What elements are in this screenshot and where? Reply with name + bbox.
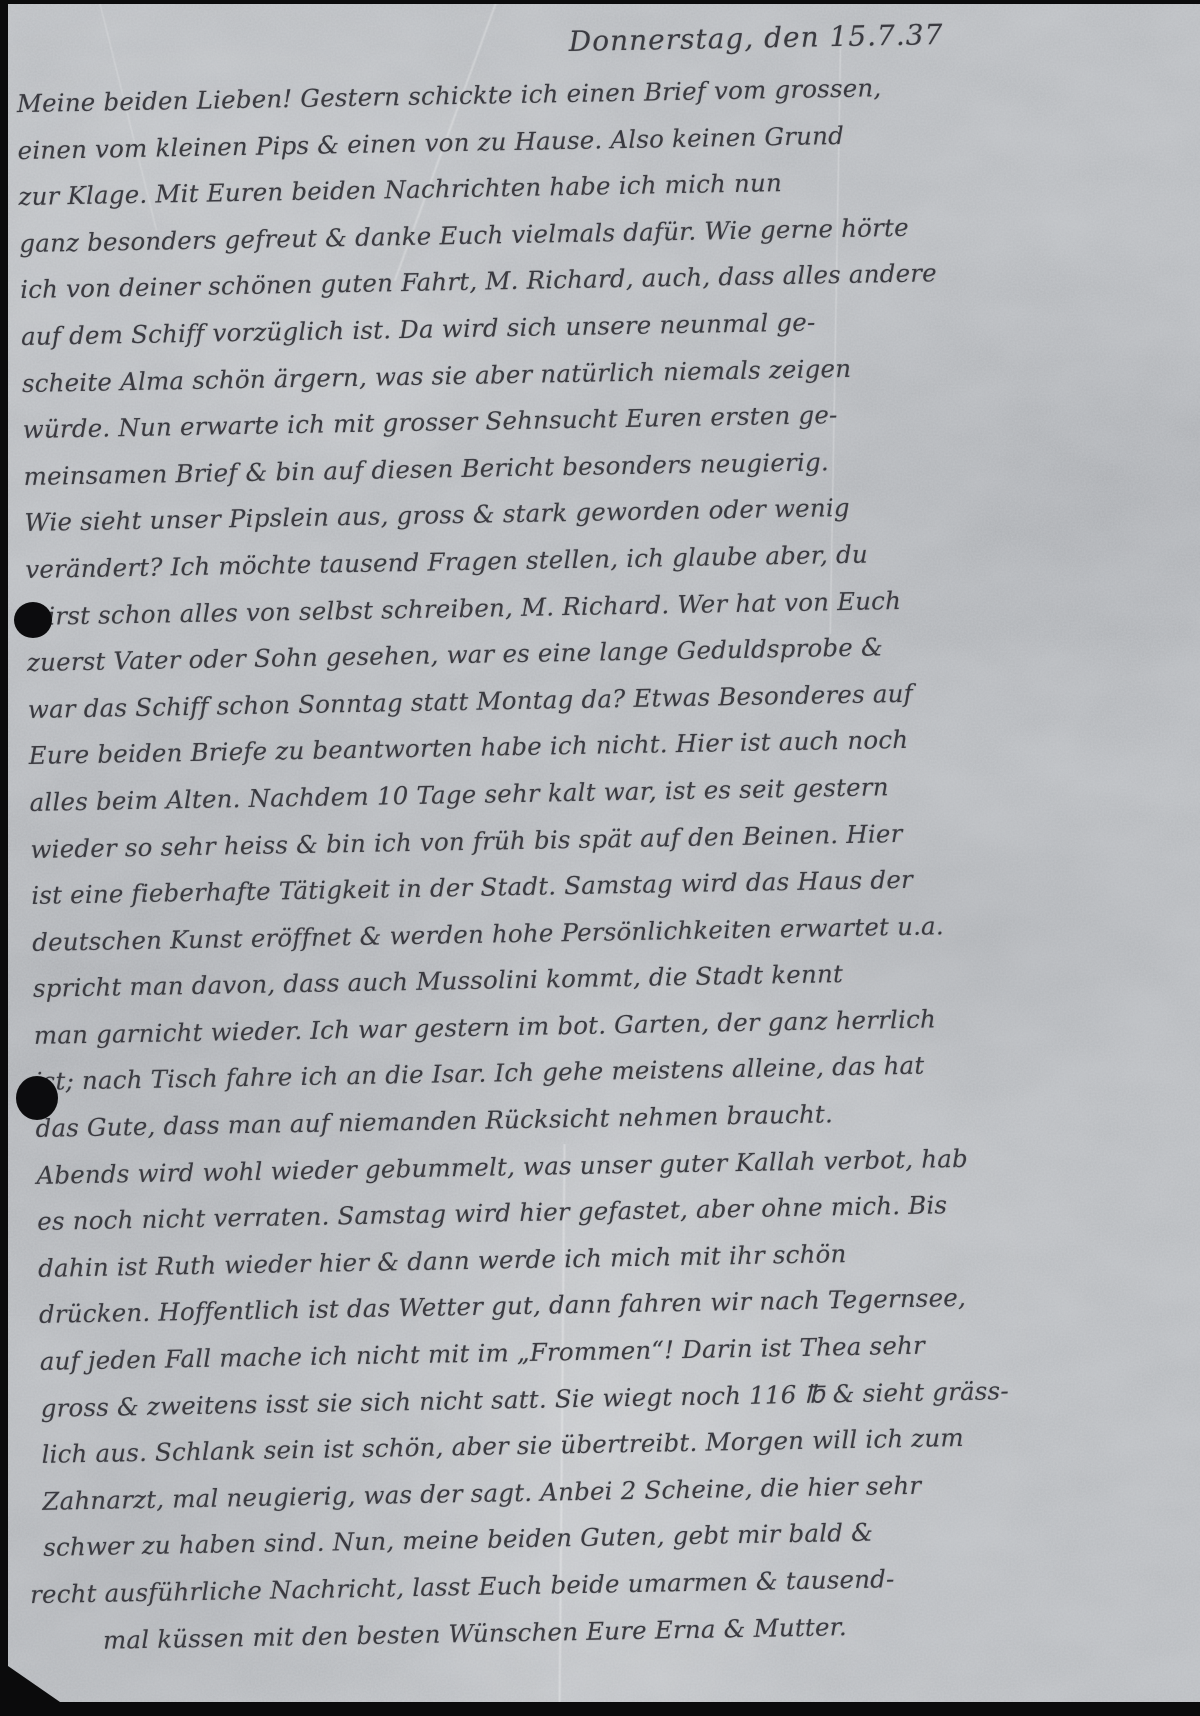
- scanner-background: Donnerstag, den 15.7.37 Meine beiden Lie…: [0, 0, 1200, 1716]
- letter-page: Donnerstag, den 15.7.37 Meine beiden Lie…: [8, 4, 1200, 1702]
- letter-body: Meine beiden Lieben! Gestern schickte ic…: [16, 60, 1200, 1665]
- hole-punch-bottom: [16, 1076, 58, 1120]
- hole-punch-top: [14, 602, 52, 638]
- handwriting-layer: Donnerstag, den 15.7.37 Meine beiden Lie…: [8, 4, 1200, 1702]
- letter-date: Donnerstag, den 15.7.37: [568, 18, 943, 58]
